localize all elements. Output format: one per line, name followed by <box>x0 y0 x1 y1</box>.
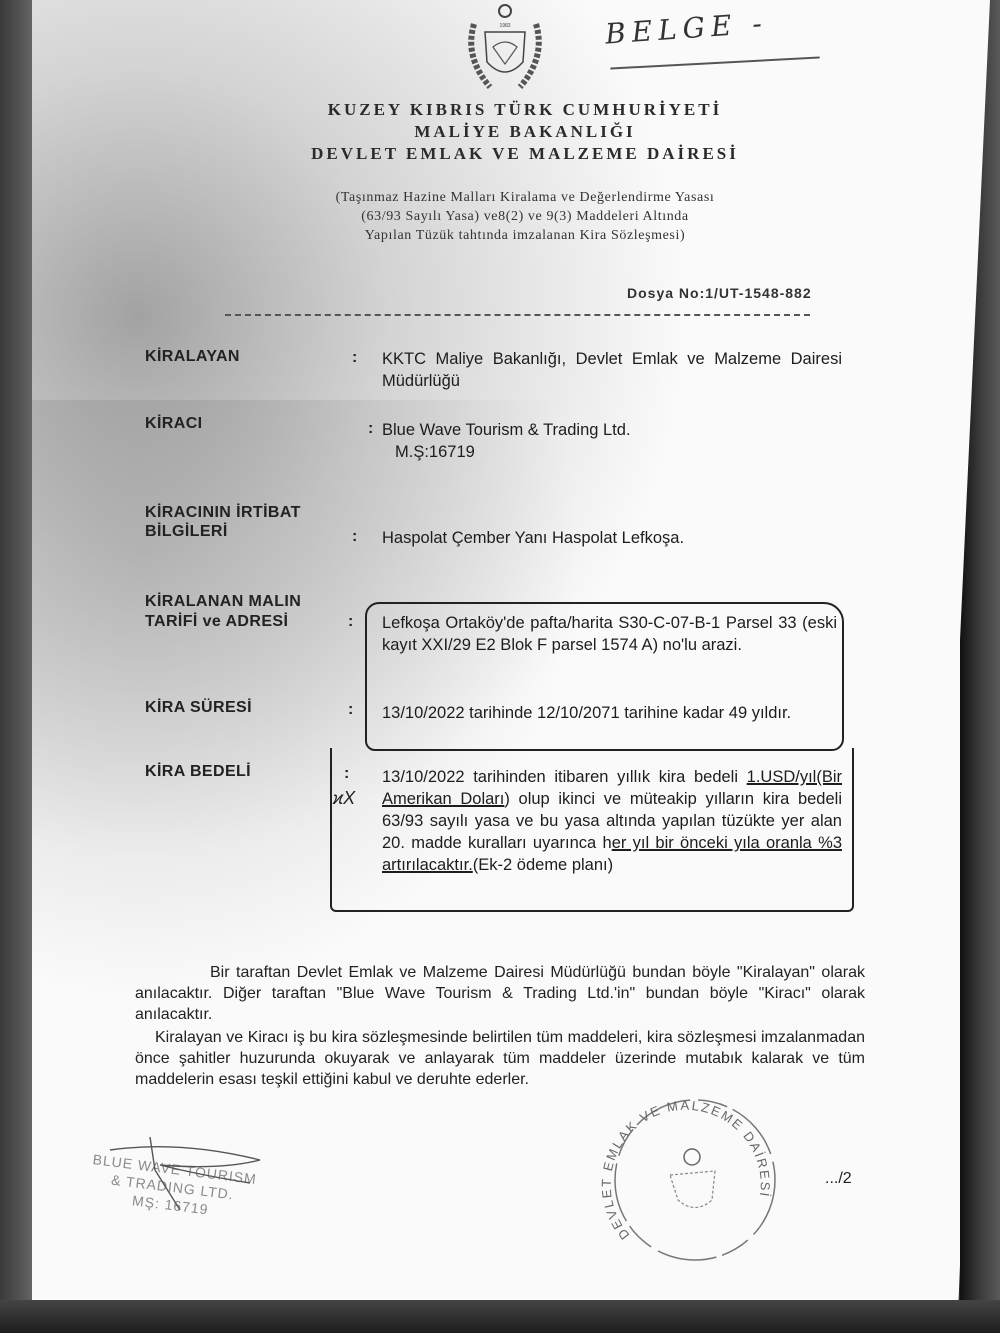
photo-background-bottom <box>0 1300 1000 1333</box>
tenant-contact-value: Haspolat Çember Yanı Haspolat Lefkoşa. <box>382 527 842 549</box>
property-label-2: TARİFİ ve ADRESİ <box>145 612 288 632</box>
rent-colon: : <box>344 765 349 783</box>
parties-paragraph: Bir taraftan Devlet Emlak ve Malzeme Dai… <box>135 962 865 1025</box>
agreement-paragraph: Kiralayan ve Kiracı iş bu kira sözleşmes… <box>135 1027 865 1090</box>
file-number: Dosya No:1/UT-1548-882 <box>627 285 812 301</box>
header-line-3: DEVLET EMLAK VE MALZEME DAİRESİ <box>250 144 800 164</box>
page-continuation-marker: .../2 <box>825 1170 852 1188</box>
header-line-2: MALİYE BAKANLIĞI <box>250 122 800 142</box>
rent-value: 13/10/2022 tarihinden itibaren yıllık ki… <box>382 766 842 876</box>
handwritten-margin-mark: ϰX <box>333 788 355 809</box>
subtitle-line-2: (63/93 Sayılı Yasa) ve8(2) ve 9(3) Madde… <box>250 207 800 226</box>
rent-text-3: (Ek-2 ödeme planı) <box>473 856 613 874</box>
lessor-value: KKTC Maliye Bakanlığı, Devlet Emlak ve M… <box>382 348 842 392</box>
property-colon: : <box>348 613 353 631</box>
coat-of-arms-icon: 1983 <box>460 2 550 97</box>
tenant-value: Blue Wave Tourism & Trading Ltd. <box>382 419 842 441</box>
tenant-contact-colon: : <box>352 528 357 546</box>
header-line-1: KUZEY KIBRIS TÜRK CUMHURİYETİ <box>250 100 800 120</box>
svg-text:1983: 1983 <box>499 23 510 29</box>
subtitle-line-1: (Taşınmaz Hazine Malları Kiralama ve Değ… <box>250 188 800 207</box>
tenant-contact-label-1: KİRACININ İRTİBAT <box>145 503 301 523</box>
lessor-colon: : <box>352 349 357 367</box>
tenant-registration: M.Ş:16719 <box>395 441 855 463</box>
property-label-1: KİRALANAN MALIN <box>145 592 301 612</box>
lessor-label: KİRALAYAN <box>145 347 240 367</box>
term-label: KİRA SÜRESİ <box>145 698 252 718</box>
rent-text-1: 13/10/2022 tarihinden itibaren yıllık ki… <box>382 768 747 786</box>
tenant-colon: : <box>368 420 373 438</box>
term-value: 13/10/2022 tarihinde 12/10/2071 tarihine… <box>382 702 837 724</box>
rent-label: KİRA BEDELİ <box>145 762 251 782</box>
dashed-divider <box>225 314 810 316</box>
photo-background-left <box>0 0 36 1333</box>
subtitle-line-3: Yapılan Tüzük tahtında imzalanan Kira Sö… <box>250 226 800 245</box>
office-seal-stamp-icon: DEVLET EMLAK VE MALZEME DAİRESİ <box>600 1085 780 1265</box>
property-value: Lefkoşa Ortaköy'de pafta/harita S30-C-07… <box>382 612 837 656</box>
tenant-label: KİRACI <box>145 414 203 434</box>
term-colon: : <box>348 701 353 719</box>
tenant-contact-label-2: BİLGİLERİ <box>145 522 228 542</box>
signature-icon <box>100 1135 300 1215</box>
